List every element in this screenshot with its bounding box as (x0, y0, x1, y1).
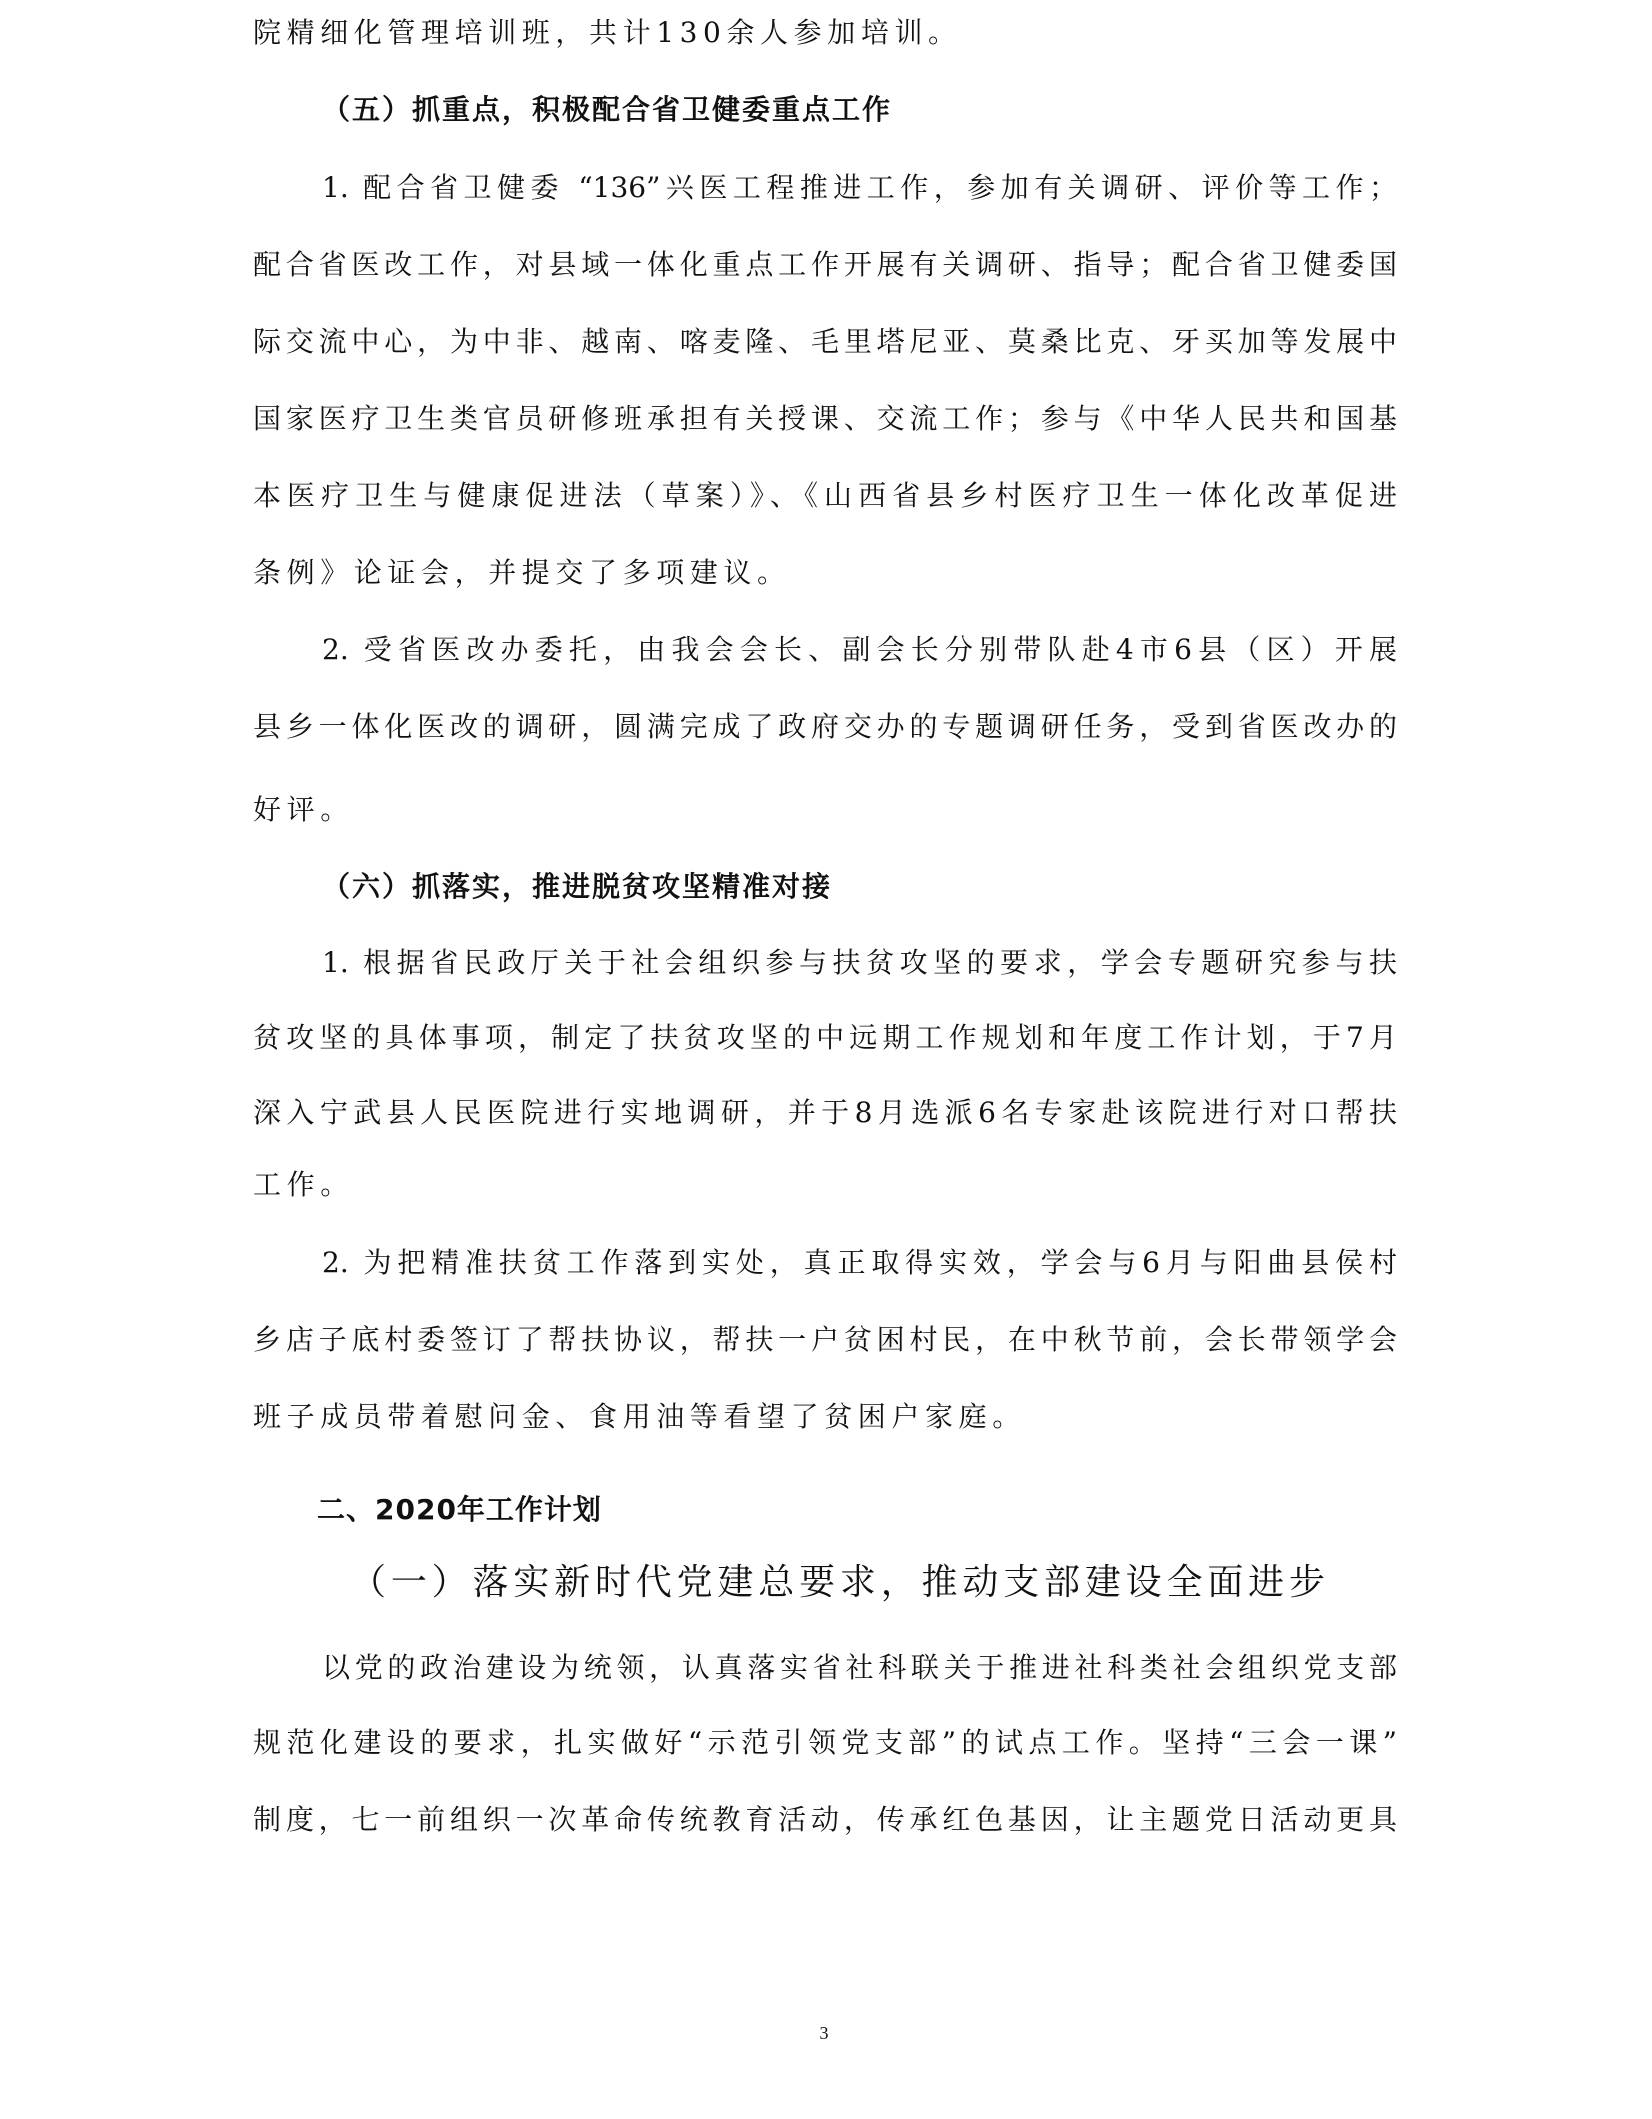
paragraph-line: 乡店子底村委签订了帮扶协议，帮扶一户贫困村民，在中秋节前，会长带领学会 (253, 1320, 1397, 1360)
paragraph-line: 制度，七一前组织一次革命传统教育活动，传承红色基因，让主题党日活动更具 (253, 1800, 1397, 1840)
page-number: 3 (812, 2020, 836, 2046)
paragraph-line: 贫攻坚的具体事项，制定了扶贫攻坚的中远期工作规划和年度工作计划，于7月 (253, 1018, 1397, 1058)
paragraph-line: 际交流中心，为中非、越南、喀麦隆、毛里塔尼亚、莫桑比克、牙买加等发展中 (253, 322, 1397, 362)
paragraph-line: 1. 配合省卫健委 “136”兴医工程推进工作，参加有关调研、评价等工作； (322, 168, 1397, 208)
subsection-heading-six: （六）抓落实，推进脱贫攻坚精准对接 (322, 867, 832, 907)
paragraph-line: 班子成员带着慰问金、食用油等看望了贫困户家庭。 (253, 1397, 1397, 1437)
paragraph-line: 条例》论证会，并提交了多项建议。 (253, 553, 1397, 593)
section-heading-2020-plan: 二、2020年工作计划 (317, 1490, 602, 1530)
document-page: 院精细化管理培训班，共计130余人参加培训。 （五）抓重点，积极配合省卫健委重点… (0, 0, 1652, 2119)
paragraph-line: 规范化建设的要求，扎实做好“示范引领党支部”的试点工作。坚持“三会一课” (253, 1723, 1397, 1763)
paragraph-line: 工作。 (253, 1165, 1397, 1205)
paragraph-line: 本医疗卫生与健康促进法（草案）》、《山西省县乡村医疗卫生一体化改革促进 (253, 476, 1397, 516)
paragraph-line: 好评。 (253, 790, 1397, 830)
subsection-heading-one: （一）落实新时代党建总要求，推动支部建设全面进步 (350, 1558, 1325, 1608)
paragraph-line: 院精细化管理培训班，共计130余人参加培训。 (253, 13, 1397, 53)
paragraph-line: 国家医疗卫生类官员研修班承担有关授课、交流工作；参与《中华人民共和国基 (253, 399, 1397, 439)
paragraph-line: 深入宁武县人民医院进行实地调研，并于8月选派6名专家赴该院进行对口帮扶 (253, 1093, 1397, 1133)
paragraph-line: 配合省医改工作，对县域一体化重点工作开展有关调研、指导；配合省卫健委国 (253, 245, 1397, 285)
subsection-heading-five: （五）抓重点，积极配合省卫健委重点工作 (322, 90, 892, 130)
paragraph-line: 2. 受省医改办委托，由我会会长、副会长分别带队赴4市6县（区）开展 (322, 630, 1397, 670)
paragraph-line: 1. 根据省民政厅关于社会组织参与扶贫攻坚的要求，学会专题研究参与扶 (322, 943, 1397, 983)
paragraph-line: 县乡一体化医改的调研，圆满完成了政府交办的专题调研任务，受到省医改办的 (253, 707, 1397, 747)
paragraph-line: 以党的政治建设为统领，认真落实省社科联关于推进社科类社会组织党支部 (322, 1648, 1397, 1688)
paragraph-line: 2. 为把精准扶贫工作落到实处，真正取得实效，学会与6月与阳曲县侯村 (322, 1243, 1397, 1283)
